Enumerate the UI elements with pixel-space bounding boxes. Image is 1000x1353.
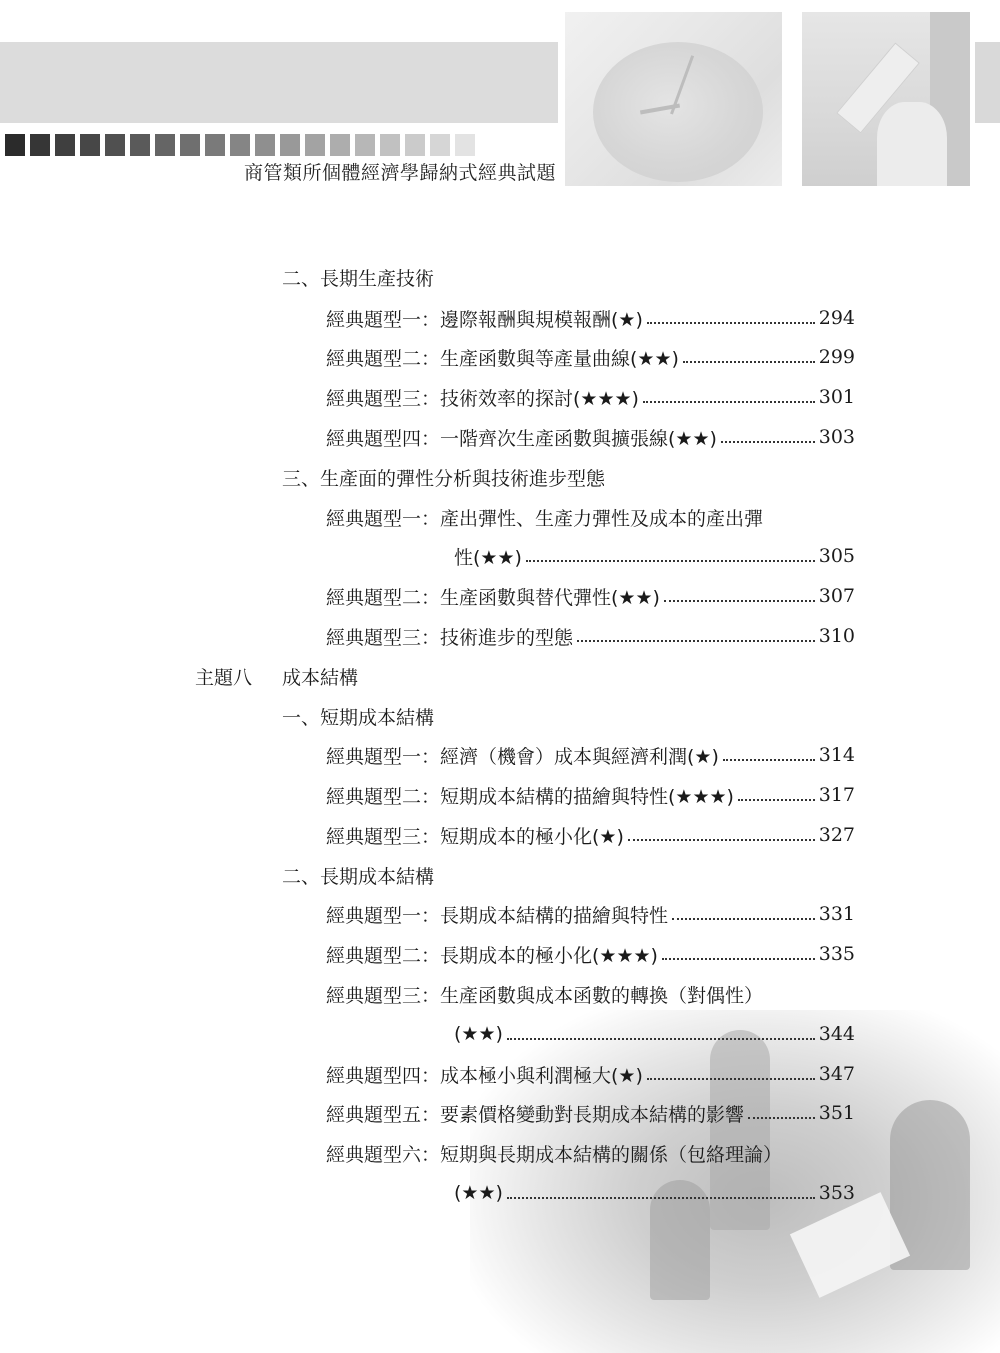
clock-photo xyxy=(565,12,782,186)
page-number: 347 xyxy=(819,1063,855,1085)
clock-dial xyxy=(593,42,763,182)
toc-section-heading[interactable]: 二、長期生產技術 xyxy=(282,262,434,292)
gradient-square xyxy=(255,134,275,156)
dot-leader xyxy=(662,958,815,960)
toc-entry-continuation[interactable]: (★★) 344 xyxy=(454,1019,855,1049)
entry-label: 經典題型四：一階齊次生產函數與擴張線(★★) xyxy=(326,424,717,451)
gradient-square xyxy=(155,134,175,156)
dot-leader xyxy=(748,1117,815,1119)
toc-topic-heading[interactable]: 主題八 成本結構 xyxy=(195,661,358,691)
entry-label-continuation: 性(★★) xyxy=(454,543,522,570)
entry-label: 經典題型一：長期成本結構的描繪與特性 xyxy=(326,901,668,928)
topic-number: 主題八 xyxy=(195,663,282,690)
toc-entry-continuation[interactable]: (★★) 353 xyxy=(454,1178,855,1208)
gradient-square xyxy=(5,134,25,156)
header-gradient-squares xyxy=(5,134,475,156)
page-number: 294 xyxy=(819,307,855,329)
toc-entry[interactable]: 經典題型五：要素價格變動對長期成本結構的影響 351 xyxy=(326,1098,855,1128)
toc-entry[interactable]: 經典題型三：生產函數與成本函數的轉換（對偶性） xyxy=(326,979,763,1009)
gradient-square xyxy=(355,134,375,156)
gradient-square xyxy=(330,134,350,156)
dot-leader xyxy=(507,1197,815,1199)
toc-section-heading[interactable]: 一、短期成本結構 xyxy=(282,701,434,731)
dot-leader xyxy=(683,361,815,363)
page-number: 351 xyxy=(819,1102,855,1124)
entry-label-continuation: (★★) xyxy=(454,1182,503,1204)
toc-entry[interactable]: 經典題型二：短期成本結構的描繪與特性(★★★) 317 xyxy=(326,780,855,810)
gradient-square xyxy=(105,134,125,156)
gradient-square xyxy=(280,134,300,156)
entry-label: 經典題型五：要素價格變動對長期成本結構的影響 xyxy=(326,1100,744,1127)
dot-leader xyxy=(526,560,815,562)
entry-label: 經典題型二：長期成本的極小化(★★★) xyxy=(326,941,658,968)
gradient-square xyxy=(430,134,450,156)
entry-label: 經典題型四：成本極小與利潤極大(★) xyxy=(326,1061,643,1088)
gradient-square xyxy=(455,134,475,156)
entry-label: 經典題型一：經濟（機會）成本與經濟利潤(★) xyxy=(326,742,719,769)
page-number: 299 xyxy=(819,346,855,368)
page-number: 344 xyxy=(819,1023,855,1045)
gradient-square xyxy=(405,134,425,156)
gradient-square xyxy=(380,134,400,156)
gradient-square xyxy=(305,134,325,156)
toc-entry[interactable]: 經典題型一：經濟（機會）成本與經濟利潤(★) 314 xyxy=(326,740,855,770)
page-number: 331 xyxy=(819,903,855,925)
page-number: 310 xyxy=(819,625,855,647)
dot-leader xyxy=(647,1078,815,1080)
dot-leader xyxy=(647,322,815,324)
toc-entry-continuation[interactable]: 性(★★) 305 xyxy=(454,541,855,571)
entry-label: 經典題型二：生產函數與等產量曲線(★★) xyxy=(326,344,679,371)
toc-entry[interactable]: 經典題型二：生產函數與替代彈性(★★) 307 xyxy=(326,581,855,611)
dot-leader xyxy=(507,1038,815,1040)
page-number: 353 xyxy=(819,1182,855,1204)
toc-entry[interactable]: 經典題型三：技術進步的型態 310 xyxy=(326,621,855,651)
entry-label: 經典題型二：生產函數與替代彈性(★★) xyxy=(326,583,660,610)
toc-entry[interactable]: 經典題型一：產出彈性、生產力彈性及成本的產出彈 xyxy=(326,502,763,532)
hand-figure xyxy=(877,102,947,186)
gradient-square xyxy=(30,134,50,156)
gradient-square xyxy=(80,134,100,156)
page-number: 335 xyxy=(819,943,855,965)
toc-entry[interactable]: 經典題型四：成本極小與利潤極大(★) 347 xyxy=(326,1059,855,1089)
dot-leader xyxy=(721,441,815,443)
page-number: 307 xyxy=(819,585,855,607)
entry-label: 經典題型六：短期與長期成本結構的關係（包絡理論） xyxy=(326,1140,782,1167)
entry-label-continuation: (★★) xyxy=(454,1023,503,1045)
page-number: 314 xyxy=(819,744,855,766)
entry-label: 經典題型三：技術進步的型態 xyxy=(326,623,573,650)
toc-section-heading[interactable]: 三、生產面的彈性分析與技術進步型態 xyxy=(282,462,605,492)
toc-entry[interactable]: 經典題型四：一階齊次生產函數與擴張線(★★) 303 xyxy=(326,422,855,452)
header-side-block xyxy=(975,42,1000,123)
section-heading-text: 一、短期成本結構 xyxy=(282,703,434,730)
entry-label: 經典題型三：短期成本的極小化(★) xyxy=(326,822,624,849)
dot-leader xyxy=(664,600,815,602)
page-number: 301 xyxy=(819,386,855,408)
entry-label: 經典題型一：產出彈性、生產力彈性及成本的產出彈 xyxy=(326,504,763,531)
gradient-square xyxy=(230,134,250,156)
section-heading-text: 二、長期生產技術 xyxy=(282,264,434,291)
gradient-square xyxy=(205,134,225,156)
page-number: 327 xyxy=(819,824,855,846)
page-number: 305 xyxy=(819,545,855,567)
toc-entry[interactable]: 經典題型一：邊際報酬與規模報酬(★) 294 xyxy=(326,303,855,333)
toc-section-heading[interactable]: 二、長期成本結構 xyxy=(282,860,434,890)
dot-leader xyxy=(723,759,815,761)
entry-label: 經典題型一：邊際報酬與規模報酬(★) xyxy=(326,305,643,332)
gradient-square xyxy=(130,134,150,156)
section-heading-text: 三、生產面的彈性分析與技術進步型態 xyxy=(282,464,605,491)
header-gray-band xyxy=(0,42,558,123)
topic-title: 成本結構 xyxy=(282,663,358,690)
running-title: 商管類所個體經濟學歸納式經典試題 xyxy=(200,158,556,185)
entry-label: 經典題型三：生產函數與成本函數的轉換（對偶性） xyxy=(326,981,763,1008)
dot-leader xyxy=(628,839,815,841)
gradient-square xyxy=(55,134,75,156)
section-heading-text: 二、長期成本結構 xyxy=(282,862,434,889)
toc-entry[interactable]: 經典題型六：短期與長期成本結構的關係（包絡理論） xyxy=(326,1138,782,1168)
dot-leader xyxy=(738,799,815,801)
entry-label: 經典題型三：技術效率的探討(★★★) xyxy=(326,384,639,411)
gradient-square xyxy=(180,134,200,156)
dot-leader xyxy=(577,640,815,642)
dot-leader xyxy=(672,918,815,920)
toc-entry[interactable]: 經典題型二：生產函數與等產量曲線(★★) 299 xyxy=(326,342,855,372)
dot-leader xyxy=(643,401,815,403)
page-number: 303 xyxy=(819,426,855,448)
toc-entry[interactable]: 經典題型二：長期成本的極小化(★★★) 335 xyxy=(326,939,855,969)
entry-label: 經典題型二：短期成本結構的描繪與特性(★★★) xyxy=(326,782,734,809)
toc-entry[interactable]: 經典題型三：短期成本的極小化(★) 327 xyxy=(326,820,855,850)
money-hand-photo xyxy=(802,12,970,186)
toc-entry[interactable]: 經典題型三：技術效率的探討(★★★) 301 xyxy=(326,382,855,412)
page-number: 317 xyxy=(819,784,855,806)
toc-entry[interactable]: 經典題型一：長期成本結構的描繪與特性 331 xyxy=(326,899,855,929)
